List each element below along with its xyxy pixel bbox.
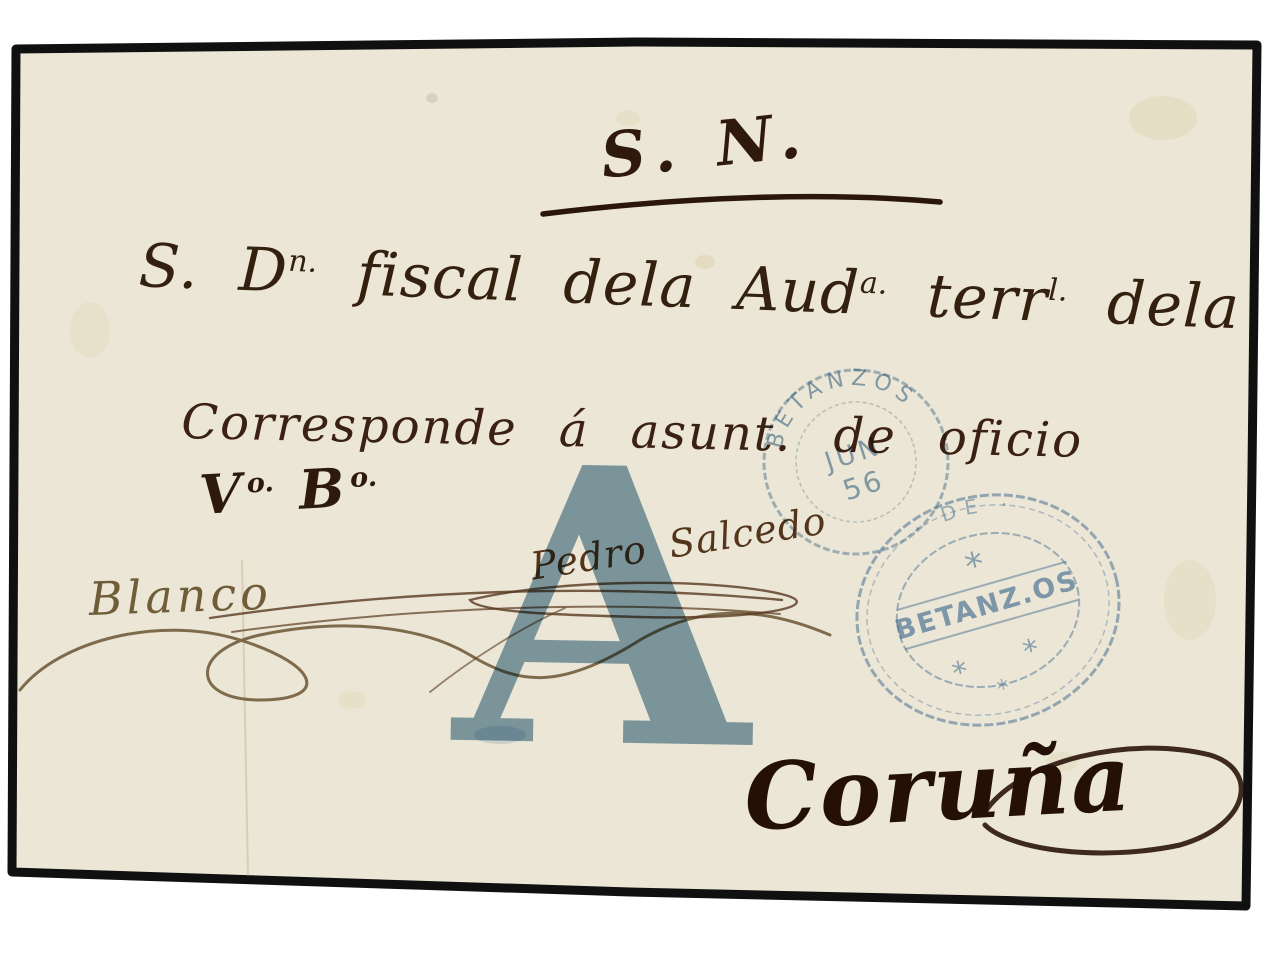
circular-datestamp: BETANZOS JUN 56 [739, 342, 972, 578]
oval-star-top: * [961, 544, 988, 588]
postal-stamps-layer: A BETANZOS JUN 56 · DE · BETANZ.OS * * * [0, 0, 1276, 956]
oval-star-bottom-right: * [1020, 632, 1043, 670]
datestamp-arc-text: BETANZOS [747, 344, 926, 457]
svg-text:BETANZOS: BETANZOS [747, 344, 926, 457]
photograph-of-postal-cover: S. N. S. Dn. fiscal dela Auda. terrl. de… [0, 0, 1276, 956]
oval-star-bottom-center: * [994, 674, 1012, 704]
oval-betanzos-stamp: · DE · BETANZ.OS * * * * [832, 465, 1144, 753]
a-abono-handstamp: A [446, 383, 763, 835]
oval-star-bottom-left: * [949, 654, 972, 692]
